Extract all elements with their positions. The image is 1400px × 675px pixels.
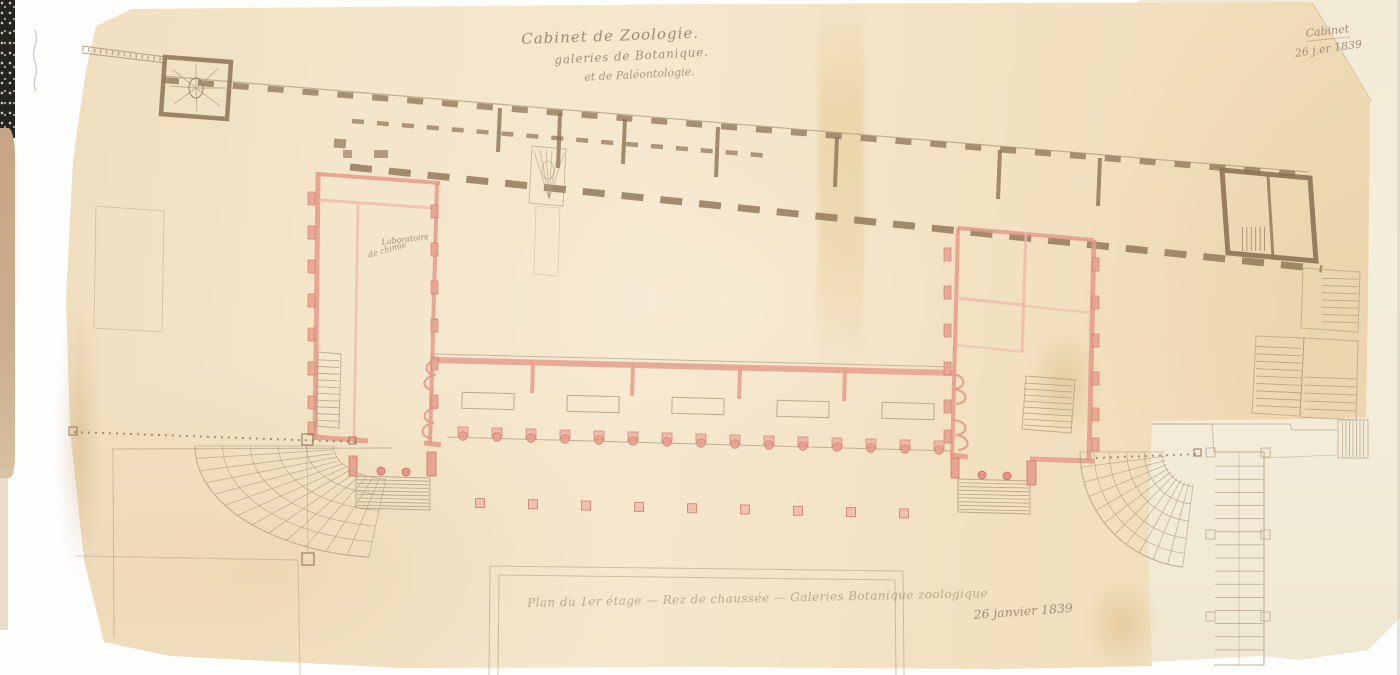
portico-right-steps [959, 483, 1029, 511]
entrance-portico-left [349, 452, 436, 510]
spiral-stair-top-left [161, 57, 231, 119]
scanned-plan-drawing: Cabinet de Zoologie. galeries de Botaniq… [0, 0, 1400, 675]
diagonal-gallery-walls [82, 2, 1372, 332]
pencil-stair-hatch-b [1256, 346, 1301, 407]
left-wing-stair-treads [317, 360, 339, 422]
entrance-portico-right [951, 458, 1036, 514]
parterre-outline-bottom [76, 556, 904, 675]
curved-stair-right [1080, 452, 1193, 567]
straight-stair-bottom-right [1152, 424, 1337, 665]
pencil-stair-hatch-c [1305, 377, 1356, 411]
building-left-wing [315, 172, 441, 445]
gallery-end-room-stair [1242, 227, 1264, 251]
right-wing-stair-treads [1024, 383, 1072, 428]
pencil-stair-hatch-a [1322, 278, 1358, 323]
building-right-wing [950, 228, 1094, 461]
small-stair-top-right [1343, 421, 1364, 457]
detached-column-row [476, 499, 909, 518]
pencil-stair-complex-right [1152, 268, 1368, 458]
central-exhibit-gallery [434, 354, 956, 454]
gallery-pier-colonnade [458, 427, 944, 454]
edge-inscription-mark [34, 30, 37, 91]
gallery-end-room [1222, 170, 1316, 261]
spiral-stair-mid-gallery [529, 146, 566, 276]
plan-linework [0, 0, 1400, 675]
